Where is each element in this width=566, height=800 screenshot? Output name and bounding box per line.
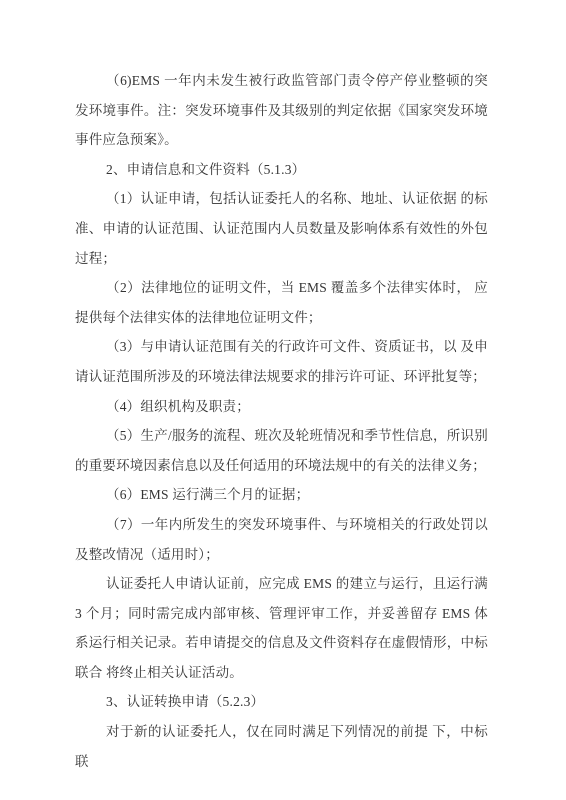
document-body: （6)EMS 一年内未发生被行政监管部门责令停产停业整顿的突发环境事件。注：突发…: [0, 0, 566, 776]
list-item-5-production-service-info: （5）生产/服务的流程、班次及轮班情况和季节性信息，所识别的重要环境因素信息以及…: [75, 421, 488, 480]
list-item-4-organization-structure: （4）组织机构及职责；: [75, 392, 488, 422]
paragraph-pre-application-requirements: 认证委托人申请认证前，应完成 EMS 的建立与运行，且运行满 3 个月；同时需完…: [75, 569, 488, 687]
list-item-3-administrative-permits: （3）与申请认证范围有关的行政许可文件、资质证书，以 及申请认证范围所涉及的环境…: [75, 332, 488, 391]
list-item-7-environmental-incidents: （7）一年内所发生的突发环境事件、与环境相关的行政处罚以及整改情况（适用时）；: [75, 510, 488, 569]
list-item-1-certification-application: （1）认证申请，包括认证委托人的名称、地址、认证依据 的标准、申请的认证范围、认…: [75, 184, 488, 273]
list-item-6-ems-operation-evidence: （6）EMS 运行满三个月的证据；: [75, 480, 488, 510]
section-heading-application-info: 2、申请信息和文件资料（5.1.3）: [75, 155, 488, 185]
paragraph-transfer-intro: 对于新的认证委托人，仅在同时满足下列情况的前提 下，中标联: [75, 717, 488, 776]
section-heading-certification-transfer: 3、认证转换申请（5.2.3）: [75, 687, 488, 717]
document-page: （6)EMS 一年内未发生被行政监管部门责令停产停业整顿的突发环境事件。注：突发…: [0, 0, 566, 800]
list-item-2-legal-status-documents: （2）法律地位的证明文件，当 EMS 覆盖多个法律实体时， 应提供每个法律实体的…: [75, 273, 488, 332]
paragraph-clause-6-note: （6)EMS 一年内未发生被行政监管部门责令停产停业整顿的突发环境事件。注：突发…: [75, 66, 488, 155]
